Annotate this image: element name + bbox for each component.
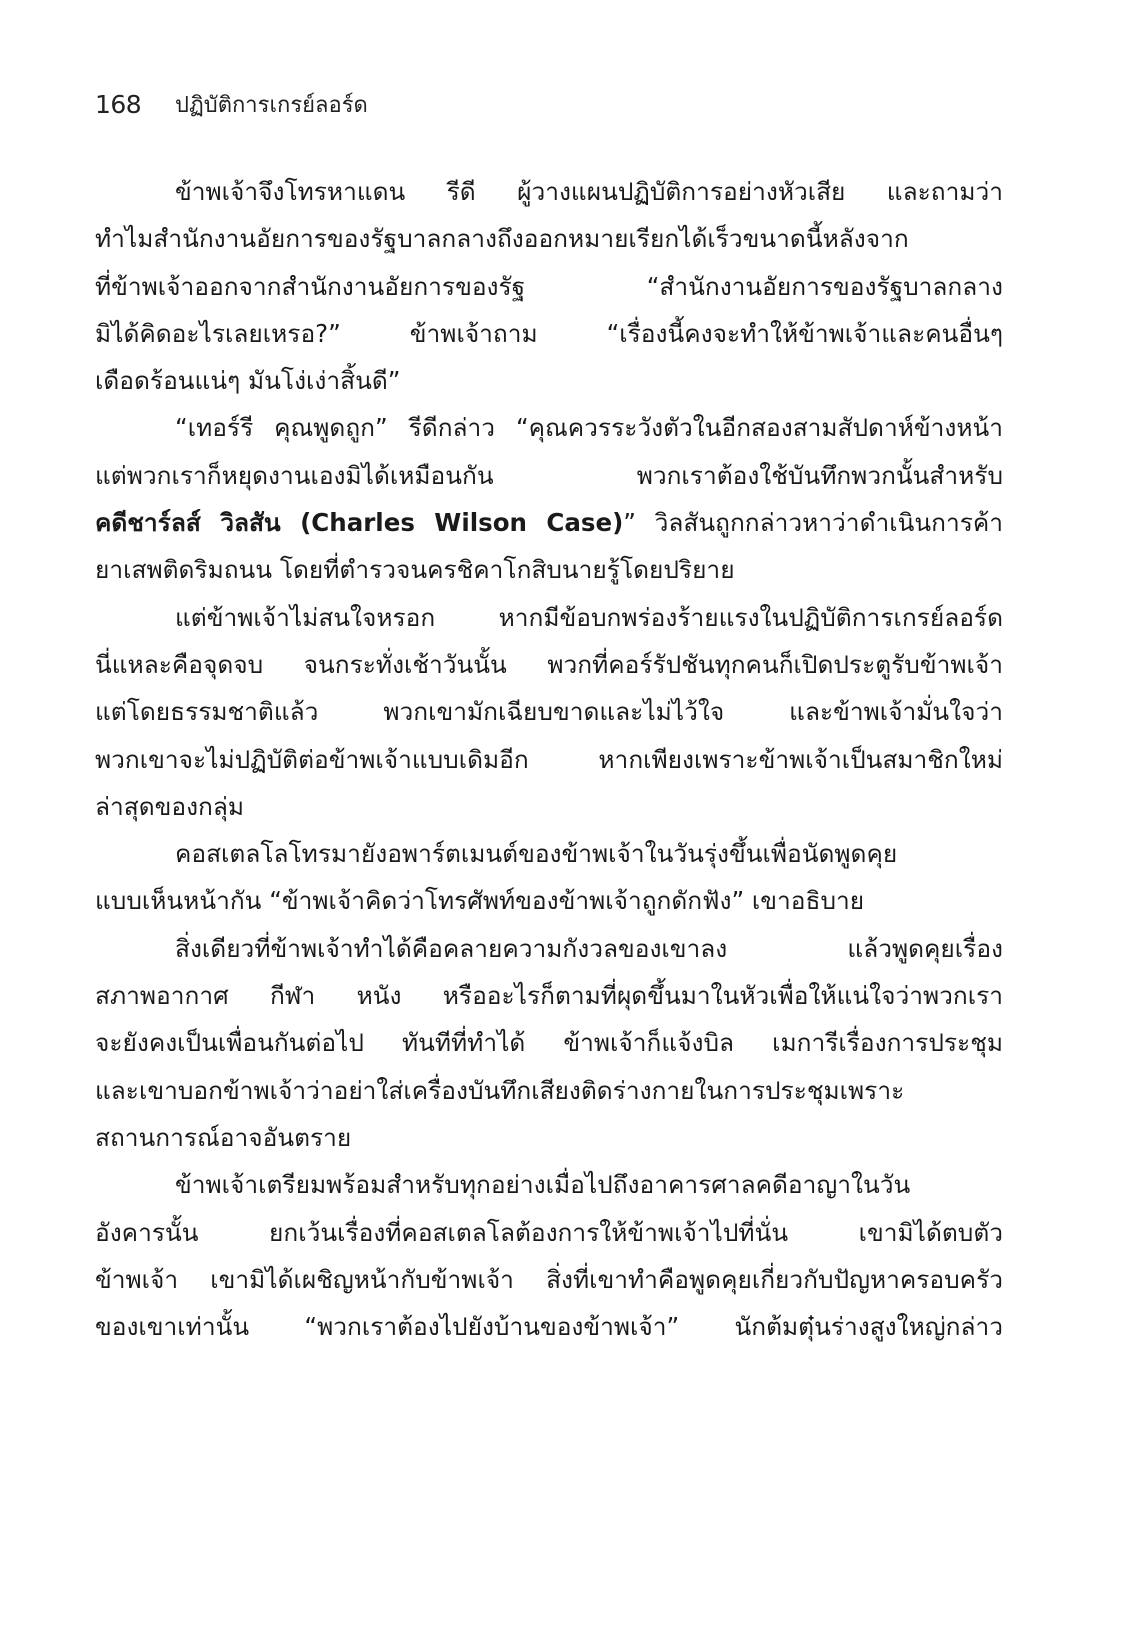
- text-line-mixed: คดีชาร์ลส์ วิลสัน (Charles Wilson Case)”…: [95, 499, 1003, 546]
- text-line: พวกเขาจะไม่ปฏิบัติต่อข้าพเจ้าแบบเดิมอีก …: [95, 736, 1003, 783]
- text-line: แบบเห็นหน้ากัน “ข้าพเจ้าคิดว่าโทรศัพท์ขอ…: [95, 877, 1003, 924]
- text-line: ของเขาเท่านั้น “พวกเราต้องไปยังบ้านของข้…: [95, 1303, 1003, 1350]
- text-line: ล่าสุดของกลุ่ม: [95, 783, 1003, 830]
- text-line: สิ่งเดียวที่ข้าพเจ้าทำได้คือคลายความกังว…: [95, 925, 1003, 972]
- text-line: และเขาบอกข้าพเจ้าว่าอย่าใส่เครื่องบันทึก…: [95, 1067, 1003, 1114]
- text-line: คอสเตลโลโทรมายังอพาร์ตเมนต์ของข้าพเจ้าใน…: [95, 830, 1003, 877]
- running-title: ปฏิบัติการเกรย์ลอร์ด: [175, 87, 368, 122]
- text-line: นี่แหละคือจุดจบ จนกระทั่งเช้าวันนั้น พวก…: [95, 641, 1003, 688]
- text-line: สภาพอากาศ กีฬา หนัง หรืออะไรก็ตามที่ผุดข…: [95, 972, 1003, 1019]
- text-line: ทำไมสำนักงานอัยการของรัฐบาลกลางถึงออกหมา…: [95, 215, 1003, 262]
- page-number: 168: [95, 90, 175, 119]
- text-line: “เทอร์รี คุณพูดถูก” รีดีกล่าว “คุณควรระว…: [95, 404, 1003, 451]
- text-line: เดือดร้อนแน่ๆ มันโง่เง่าสิ้นดี”: [95, 357, 1003, 404]
- text-line: อังคารนั้น ยกเว้นเรื่องที่คอสเตลโลต้องกา…: [95, 1209, 1003, 1256]
- book-page: 168 ปฏิบัติการเกรย์ลอร์ด ข้าพเจ้าจึงโทรห…: [0, 0, 1126, 1638]
- text-line: แต่พวกเราก็หยุดงานเองมิได้เหมือนกัน พวกเ…: [95, 452, 1003, 499]
- case-name-bold: คดีชาร์ลส์ วิลสัน (Charles Wilson Case): [95, 508, 623, 537]
- text-line: ข้าพเจ้าเตรียมพร้อมสำหรับทุกอย่างเมื่อไป…: [95, 1161, 1003, 1208]
- text-line: ที่ข้าพเจ้าออกจากสำนักงานอัยการของรัฐ “ส…: [95, 263, 1003, 310]
- text-line: ข้าพเจ้าจึงโทรหาแดน รีดี ผู้วางแผนปฏิบัต…: [95, 168, 1003, 215]
- text-line: ข้าพเจ้า เขามิได้เผชิญหน้ากับข้าพเจ้า สิ…: [95, 1256, 1003, 1303]
- text-line: สถานการณ์อาจอันตราย: [95, 1114, 1003, 1161]
- body-text: ข้าพเจ้าจึงโทรหาแดน รีดี ผู้วางแผนปฏิบัต…: [95, 168, 1003, 1350]
- text-run: ” วิลสันถูกกล่าวหาว่าดำเนินการค้า: [623, 508, 1003, 537]
- running-head: 168 ปฏิบัติการเกรย์ลอร์ด: [95, 88, 368, 120]
- text-line: แต่โดยธรรมชาติแล้ว พวกเขามักเฉียบขาดและไ…: [95, 688, 1003, 735]
- text-line: ยาเสพติดริมถนน โดยที่ตำรวจนครชิคาโกสิบนา…: [95, 546, 1003, 593]
- text-line: จะยังคงเป็นเพื่อนกันต่อไป ทันทีที่ทำได้ …: [95, 1019, 1003, 1066]
- text-line: มิได้คิดอะไรเลยเหรอ?” ข้าพเจ้าถาม “เรื่อ…: [95, 310, 1003, 357]
- text-line: แต่ข้าพเจ้าไม่สนใจหรอก หากมีข้อบกพร่องร้…: [95, 594, 1003, 641]
